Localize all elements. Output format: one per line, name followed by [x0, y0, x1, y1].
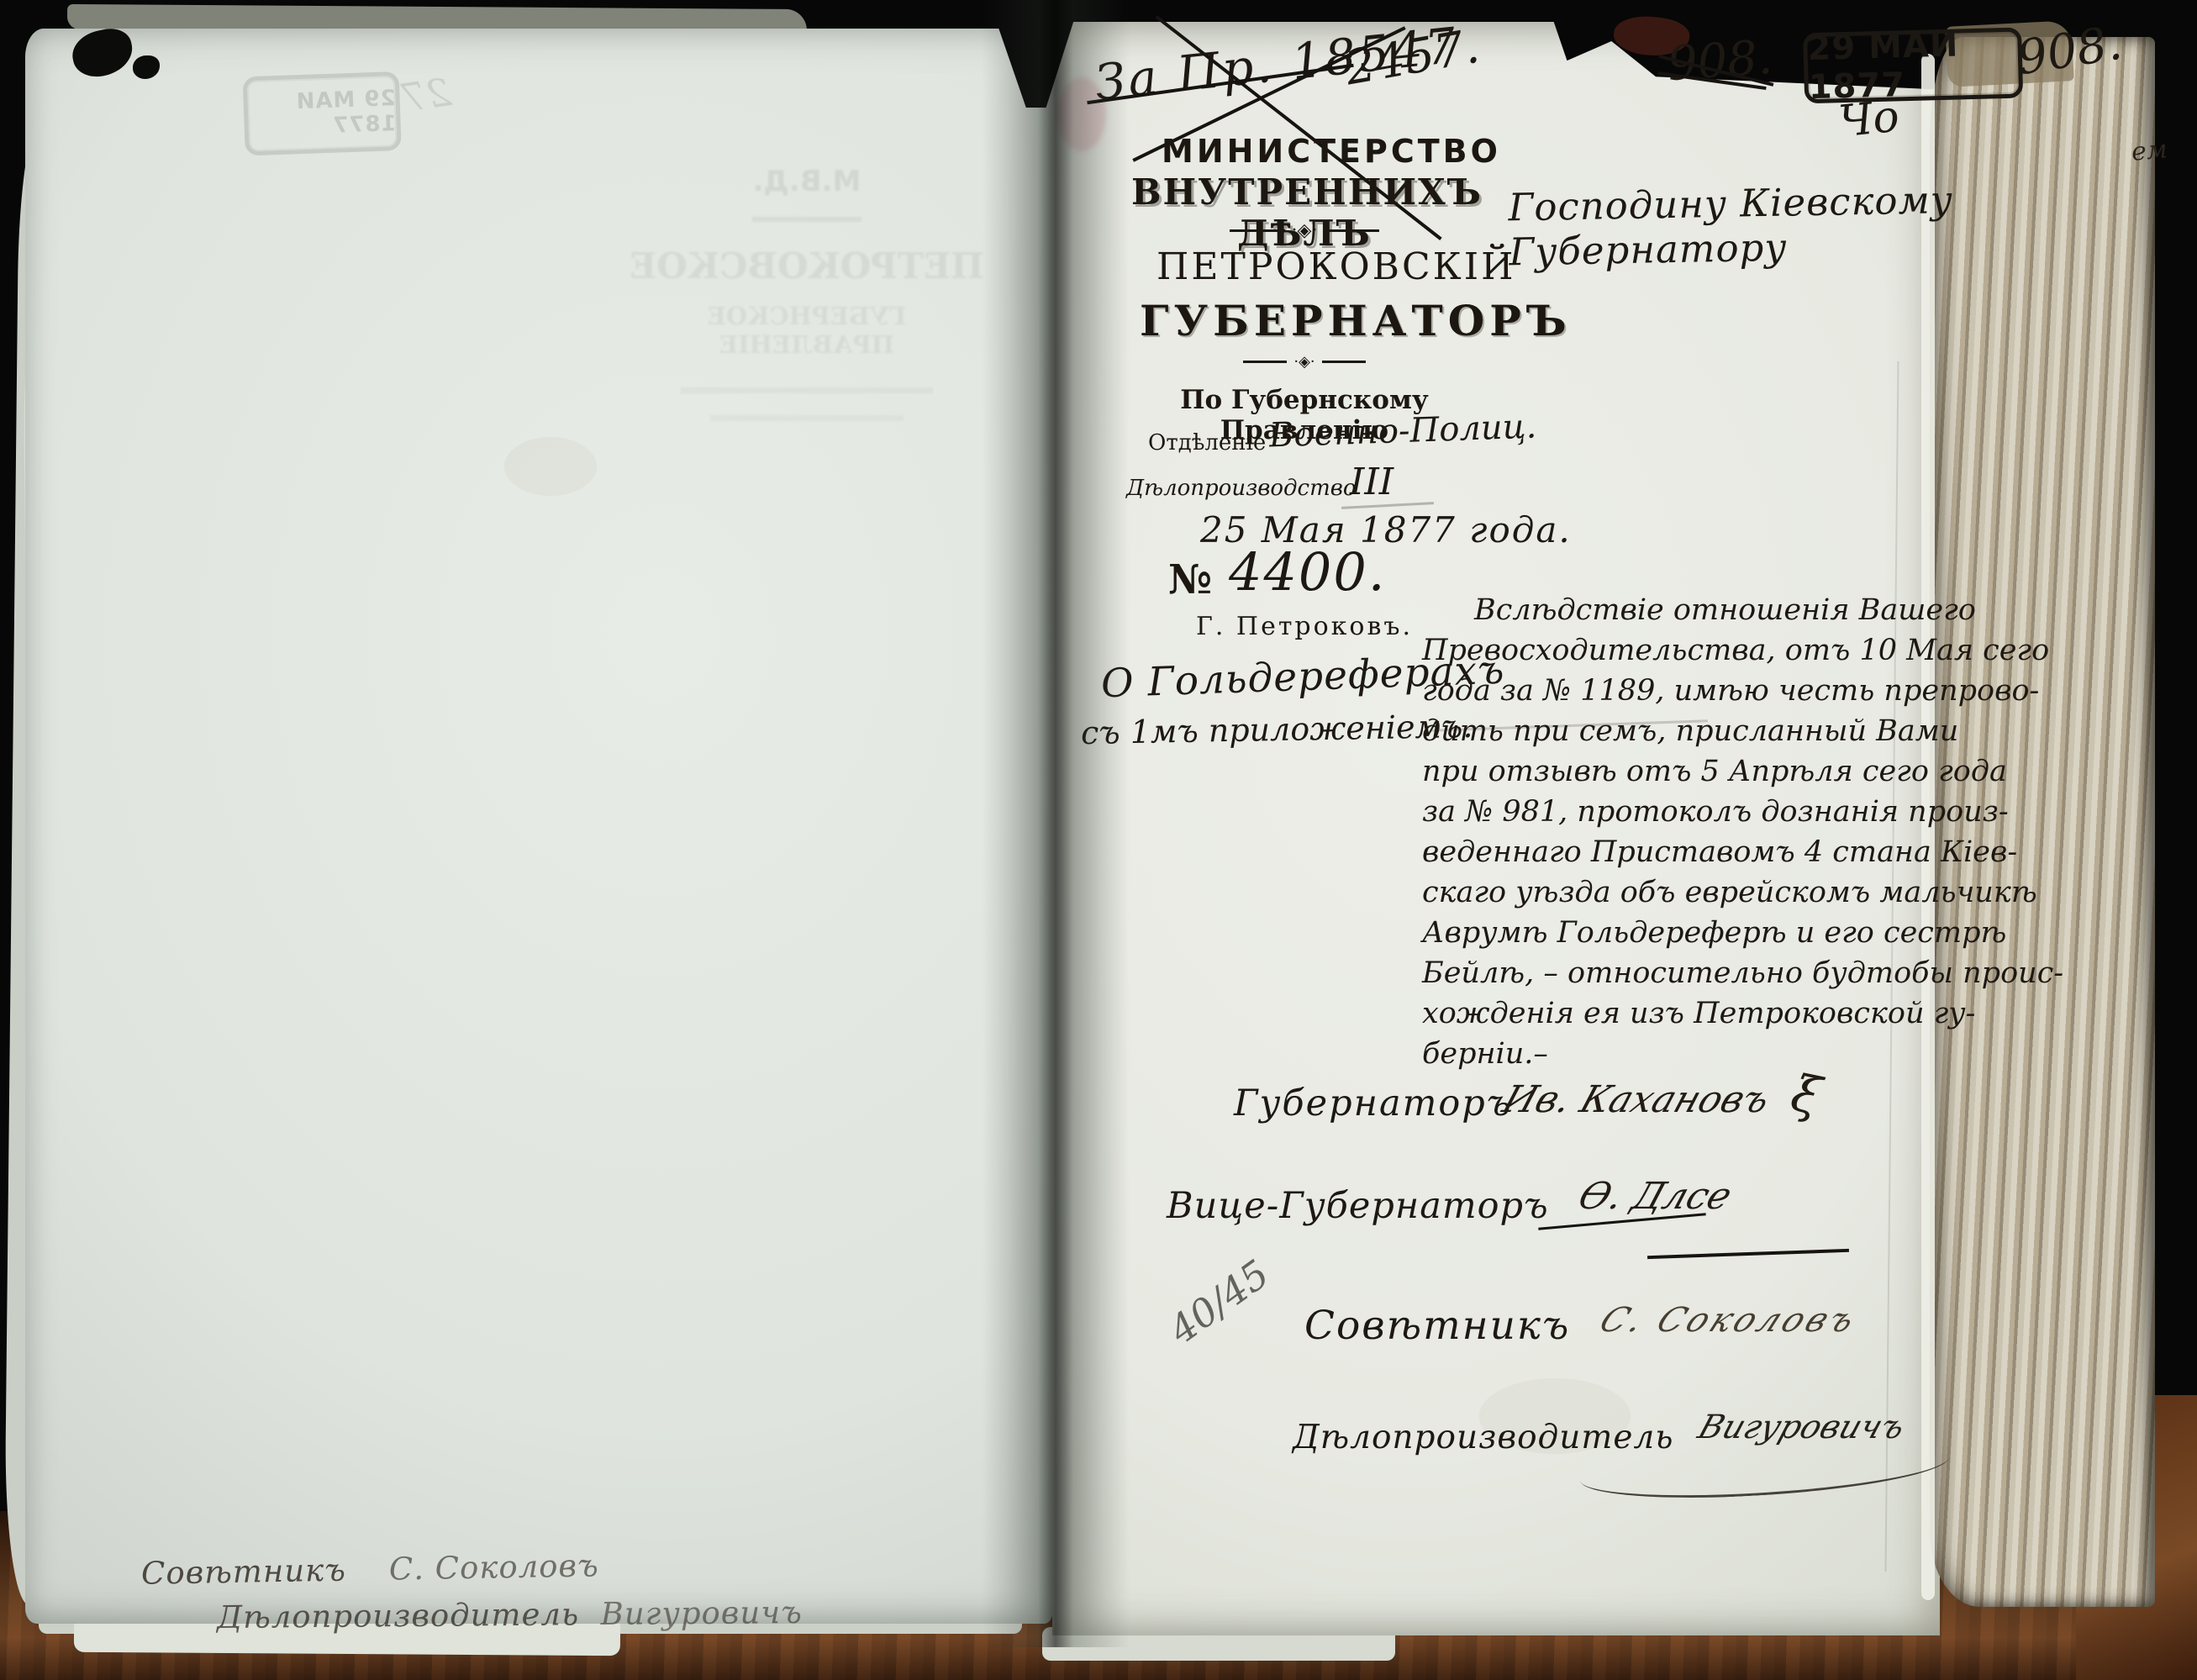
ornament-bar [1322, 361, 1366, 363]
ghost-rule [681, 387, 933, 393]
letterhead-ministry: МИНИСТЕРСТВО [1162, 133, 1447, 170]
ghost-rule [710, 415, 904, 421]
vice-governor-label: Вице-Губернаторъ [1167, 1185, 1549, 1227]
ornament-divider: ·◈· [1220, 353, 1388, 371]
body-line: Вслѣдствіе отношенія Вашего [1422, 590, 1940, 630]
letterhead-ministry-2: ВНУТРЕННИХЪ ДѢЛЪ [1131, 171, 1478, 254]
docket-value: III [1350, 461, 1394, 503]
doc-number-value: 4400. [1229, 541, 1387, 603]
ghost-letterhead-line: ГУБЕРНСКОЕ ПРАВЛЕНІЕ [622, 302, 992, 359]
ghost-scrawl: 27 [399, 69, 454, 121]
advisor-signature-text: С. Соколовъ [1594, 1301, 1865, 1340]
ornament-bar [1243, 361, 1287, 363]
body-line: года за № 1189, имѣю честь препрово- [1422, 671, 1940, 711]
ghost-date-stamp: 29 МАИ 1877 [251, 71, 402, 147]
date-stamp: 29 МАИ 1877 [1803, 28, 2015, 96]
ghost-letterhead: М.В.Д. ПЕТРОКОВСКОЕ ГУБЕРНСКОЕ ПРАВЛЕНІЕ [622, 165, 992, 421]
ghost-rule [752, 217, 861, 222]
ghost-letterhead-line: М.В.Д. [622, 165, 992, 198]
body-line: веденнаго Приставомъ 4 стана Кіев- [1422, 832, 1940, 872]
governor-label: Губернаторъ [1234, 1082, 1512, 1124]
docket-label: Дѣлопроизводство [1126, 476, 1357, 501]
ornament-bar [1230, 229, 1285, 232]
body-line: при отзывѣ отъ 5 Апрѣля сего года [1422, 751, 1940, 792]
vice-governor-signature: Ѳ. Длсе [1580, 1175, 1731, 1218]
governor-signature: Ив. Кахановъ ξ [1504, 1066, 1820, 1124]
offset-clerk-label: Дѣлопроизводитель [217, 1596, 579, 1635]
ornament-glyph: ·◈· [1292, 220, 1318, 241]
letter-body: Вслѣдствіе отношенія Вашего Превосходите… [1422, 590, 1940, 1074]
ornament-glyph: ·◈· [1293, 353, 1315, 371]
offset-signature-line: Дѣлопроизводитель Вигуровичъ [217, 1594, 803, 1635]
body-line: хожденія ея изъ Петроковской гу- [1422, 993, 1940, 1034]
governor-signature-text: Ив. Кахановъ [1498, 1078, 1775, 1121]
letterhead-office-2: ГУБЕРНАТОРЪ [1140, 296, 1469, 345]
edge-mark: ем [2131, 134, 2169, 167]
offset-clerk-sig: Вигуровичъ [600, 1594, 803, 1632]
body-line: за № 981, протоколъ дознанія произ- [1422, 792, 1940, 832]
section-label: Отдѣленіе [1148, 430, 1266, 456]
doc-number-label: № [1168, 556, 1212, 603]
offset-advisor-label: Совѣтникъ [141, 1552, 347, 1592]
body-line: дить при семъ, присланный Вами [1422, 711, 1940, 751]
ornament-bar [1324, 229, 1379, 232]
date-stamp-text: 29 МАИ 1877 [1803, 27, 2023, 103]
advisor-signature: С. Соколовъ [1602, 1301, 1856, 1340]
advisor-label: Совѣтникъ [1304, 1303, 1570, 1349]
stamp-paraph: Чо [1836, 91, 1901, 147]
place-line: Г. Петроковъ. [1178, 612, 1430, 641]
ghost-date-stamp-text: 29 МАИ 1877 [243, 71, 402, 155]
offset-advisor-sig: С. Соколовъ [388, 1547, 599, 1587]
body-line: Превосходительства, отъ 10 Мая сего [1422, 630, 1940, 671]
body-line: скаго уѣзда объ еврейскомъ мальчикѣ [1422, 872, 1940, 913]
body-line: Бейлѣ, – относительно будтобы проис- [1422, 953, 1940, 993]
archival-scan: 29 МАИ 1877 27 М.В.Д. ПЕТРОКОВСКОЕ ГУБЕР… [0, 0, 2197, 1680]
address-line: Господину Кіевскому Губернатору [1508, 175, 2123, 275]
signature-flourish: ξ [1786, 1063, 1826, 1126]
ornament-divider: ·◈· [1212, 220, 1397, 241]
vice-governor-signature-text: Ѳ. Длсе [1573, 1175, 1737, 1218]
ghost-letterhead-line: ПЕТРОКОВСКОЕ [622, 245, 992, 287]
body-line: Аврумѣ Гольдереферѣ и его сестрѣ [1422, 913, 1940, 953]
letterhead-office: ПЕТРОКОВСКІЙ [1156, 245, 1452, 288]
subject-line-2: съ 1мъ приложеніемъ. [1081, 708, 1473, 751]
